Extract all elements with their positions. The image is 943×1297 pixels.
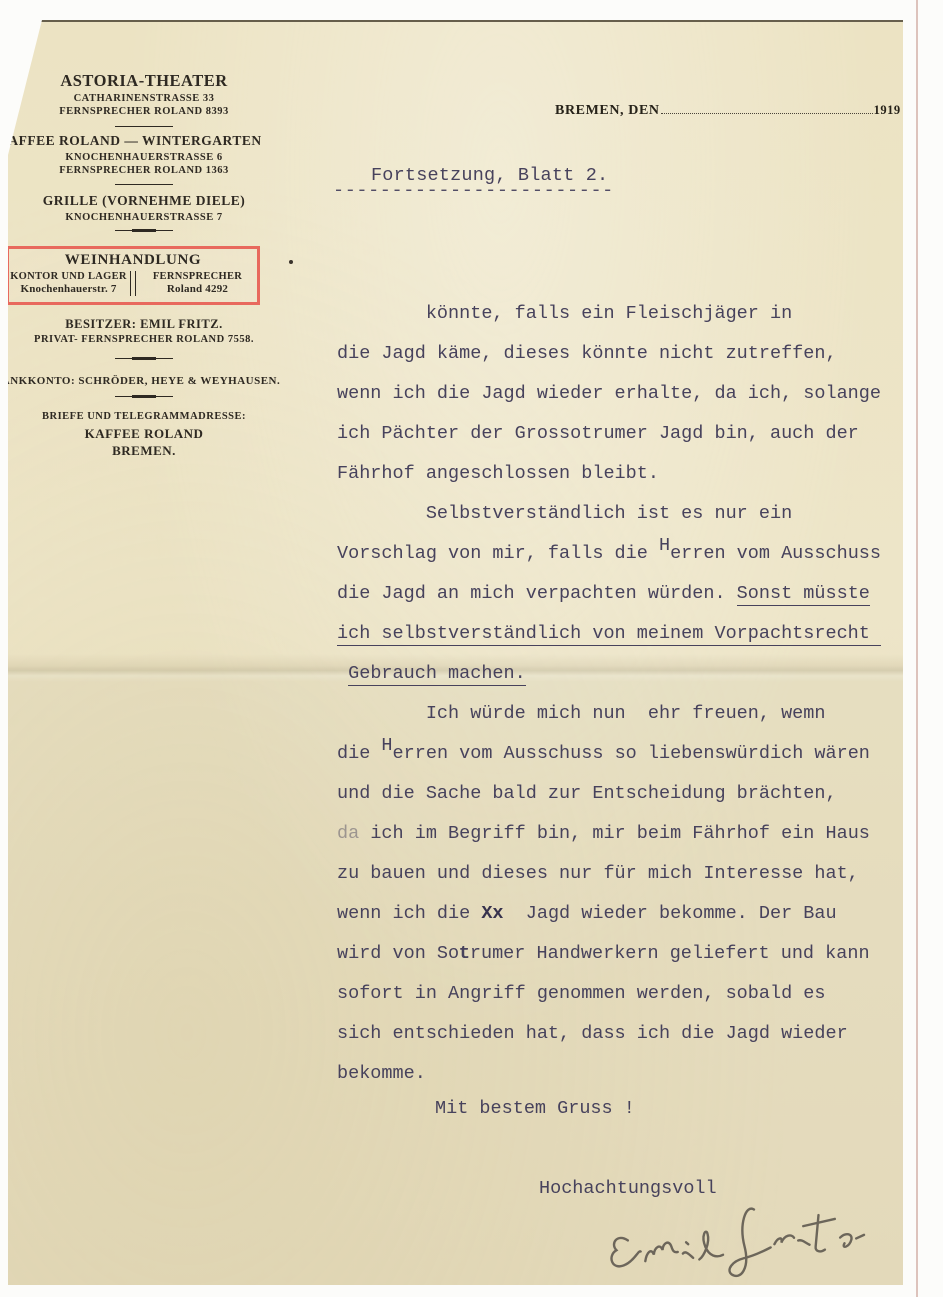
- letterhead-divider: [115, 356, 173, 360]
- letter-line: sofort in Angriff genommen werden, sobal…: [337, 974, 912, 1014]
- letter-line: die Jagd käme, dieses könnte nicht zutre…: [337, 334, 912, 374]
- wine-box-divider: [130, 271, 136, 296]
- weinhandlung-title: WEINHANDLUNG: [9, 252, 257, 269]
- owner-phone: PRIVAT- FERNSPRECHER ROLAND 7558.: [8, 334, 280, 345]
- date-line: BREMEN, DEN1919: [555, 101, 901, 119]
- scanned-letter-page: ASTORIA-THEATER CATHARINENSTRASSE 33 FER…: [0, 0, 943, 1297]
- letterhead-divider: [115, 228, 173, 232]
- date-city-label: BREMEN, DEN: [555, 103, 660, 118]
- letterhead-address: KNOCHENHAUERSTRASSE 6: [8, 152, 280, 163]
- closing-line: Mit bestem Gruss !: [435, 1098, 635, 1119]
- letterhead-divider: [115, 182, 173, 186]
- fernsprecher-number: Roland 4292: [138, 283, 257, 297]
- letter-line: ich Pächter der Grossotrumer Jagd bin, a…: [337, 414, 912, 454]
- ink-dot: [289, 260, 293, 264]
- date-year: 1919: [874, 103, 901, 117]
- letterhead-title-kaffee-roland: AFFEE ROLAND — WINTERGARTEN: [0, 133, 280, 149]
- date-dotted-leader: [661, 101, 873, 114]
- weinhandlung-box: WEINHANDLUNG KONTOR UND LAGER Knochenhau…: [6, 246, 260, 305]
- letter-line: zu bauen und dieses nur für mich Interes…: [337, 854, 912, 894]
- letter-line: die Jagd an mich verpachten würden. Sons…: [337, 574, 912, 614]
- letter-line: die Herren vom Ausschuss so liebenswürdi…: [337, 734, 912, 774]
- letterhead-address: CATHARINENSTRASSE 33: [8, 93, 280, 104]
- letterhead-title-astoria: ASTORIA-THEATER: [8, 71, 280, 91]
- signature-emil-fritz: [598, 1194, 898, 1284]
- letter-line: ich selbstverständlich von meinem Vorpac…: [337, 614, 912, 654]
- letter-line: da ich im Begriff bin, mir beim Fährhof …: [337, 814, 912, 854]
- letterhead-title-grille: GRILLE (VORNEHME DIELE): [8, 193, 280, 209]
- letter-paper: ASTORIA-THEATER CATHARINENSTRASSE 33 FER…: [8, 20, 903, 1285]
- letter-line: Fährhof angeschlossen bleibt.: [337, 454, 912, 494]
- letterhead-phone: FERNSPRECHER ROLAND 1363: [8, 165, 280, 176]
- letter-line: wenn ich die Xx Jagd wieder bekomme. Der…: [337, 894, 912, 934]
- kontor-label: KONTOR UND LAGER: [9, 270, 128, 283]
- letterhead-divider: [115, 394, 173, 398]
- telegram-city: BREMEN.: [8, 443, 280, 459]
- letterhead-phone: FERNSPRECHER ROLAND 8393: [8, 106, 280, 117]
- letter-line: Selbstverständlich ist es nur ein: [337, 494, 912, 534]
- letter-line: könnte, falls ein Fleischjäger in: [337, 294, 912, 334]
- letter-line: Vorschlag von mir, falls die Herren vom …: [337, 534, 912, 574]
- letter-line: bekomme.: [337, 1054, 912, 1094]
- letter-line: wird von Sottrumer Handwerkern geliefert…: [337, 934, 912, 974]
- letter-line: Gebrauch machen.: [337, 654, 912, 694]
- letterhead-divider: [115, 124, 173, 128]
- fernsprecher-label: FERNSPRECHER: [138, 270, 257, 283]
- letter-line: sich entschieden hat, dass ich die Jagd …: [337, 1014, 912, 1054]
- owner-line: BESITZER: EMIL FRITZ.: [8, 317, 280, 332]
- letter-line: wenn ich die Jagd wieder erhalte, da ich…: [337, 374, 912, 414]
- kontor-address: Knochenhauerstr. 7: [9, 283, 128, 297]
- letter-line: Ich würde mich nun ehr freuen, wemn: [337, 694, 912, 734]
- continuation-underline-dashes: ------------------------: [333, 180, 614, 201]
- letter-line: und die Sache bald zur Entscheidung bräc…: [337, 774, 912, 814]
- scan-page-edge-line: [916, 0, 918, 1297]
- bank-line: ANKKONTO: SCHRÖDER, HEYE & WEYHAUSEN.: [0, 375, 286, 387]
- telegram-name: KAFFEE ROLAND: [8, 426, 280, 442]
- letter-body: könnte, falls ein Fleischjäger indie Jag…: [337, 294, 912, 1094]
- telegram-label: BRIEFE UND TELEGRAMMADRESSE:: [8, 411, 280, 422]
- letterhead-address: KNOCHENHAUERSTRASSE 7: [8, 212, 280, 223]
